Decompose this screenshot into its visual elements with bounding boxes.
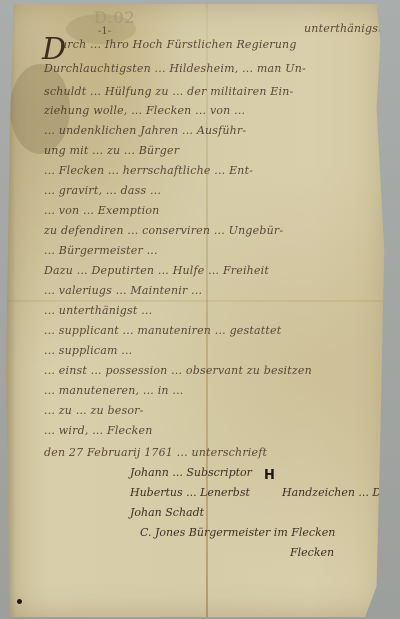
handwritten-line: zu defendiren ... conserviren ... Ungebü…: [44, 224, 283, 237]
handwritten-line: urch ... Ihro Hoch Fürstlichen Regierung: [60, 38, 297, 51]
handwritten-line: ... zu ... zu besor-: [44, 404, 144, 417]
handwritten-line: ung mit ... zu ... Bürger: [44, 144, 179, 157]
handwritten-line: ... von ... Exemption: [44, 204, 159, 217]
signature-line: Johann ... Subscriptor: [130, 466, 252, 479]
handwritten-line: den 27 Februarij 1761 ... unterschrieft: [44, 446, 267, 459]
handwritten-line: ... Flecken ... herrschaftliche ... Ent-: [44, 164, 253, 177]
handwritten-line: unterthänigste: [304, 22, 389, 35]
page-number: -1-: [98, 26, 111, 37]
document-photo: D.02 -1- D unterthänigsteurch ... Ihro H…: [0, 0, 400, 619]
handwritten-line: ... Bürgermeister ...: [44, 244, 158, 257]
handmark-symbol: H: [264, 468, 275, 483]
handwritten-line: ... unterthänigst ...: [44, 304, 152, 317]
handwritten-line: ... einst ... possession ... observant z…: [44, 364, 312, 377]
paper-hole: [17, 599, 22, 604]
archive-reference: D.02: [94, 8, 136, 27]
handwritten-line: ... valeriugs ... Maintenir ...: [44, 284, 202, 297]
paper-sheet: D.02 -1- D unterthänigsteurch ... Ihro H…: [6, 4, 388, 617]
handwritten-line: Dazu ... Deputirten ... Hulfe ... Freihe…: [44, 264, 269, 277]
handwritten-line: Durchlauchtigsten ... Hildesheim, ... ma…: [44, 62, 306, 75]
signature-line: Handzeichen ... Deputirter: [282, 486, 400, 499]
signature-line: C. Jones Bürgermeister im Flecken: [140, 526, 335, 539]
signature-line: Hubertus ... Lenerbst: [130, 486, 250, 499]
horizontal-fold-line: [6, 300, 388, 302]
signature-line: Flecken: [290, 546, 334, 559]
handwritten-line: ... supplicant ... manuteniren ... gesta…: [44, 324, 281, 337]
handwritten-line: ... supplicam ...: [44, 344, 132, 357]
handwritten-line: ... wird, ... Flecken: [44, 424, 152, 437]
handwritten-line: schuldt ... Hülfung zu ... der militaire…: [44, 85, 293, 98]
handwritten-line: ... gravirt, ... dass ...: [44, 184, 161, 197]
signature-line: Johan Schadt: [130, 506, 204, 519]
handwritten-line: ... manuteneren, ... in ...: [44, 384, 184, 397]
handwritten-line: ... undenklichen Jahren ... Ausführ-: [44, 124, 246, 137]
handwritten-line: ziehung wolle, ... Flecken ... von ...: [44, 104, 245, 117]
